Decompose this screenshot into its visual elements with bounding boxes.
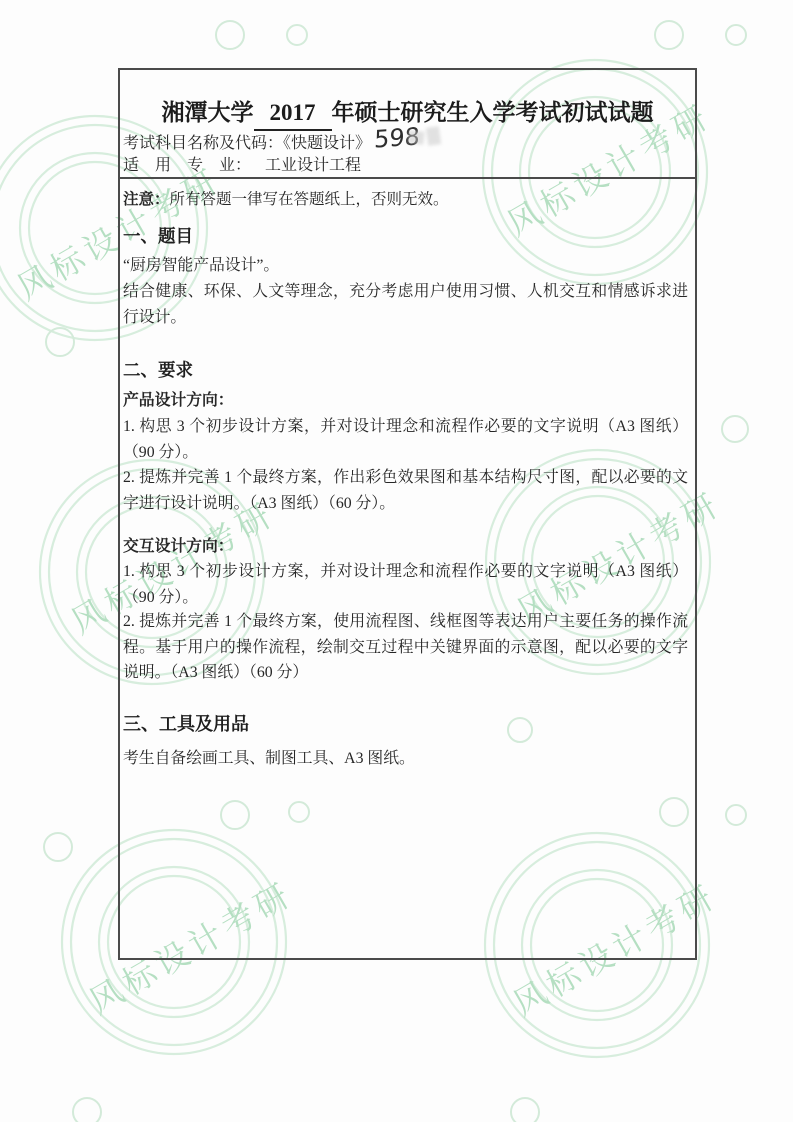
notice-text: 所有答题一律写在答题纸上，否则无效。 — [170, 191, 449, 208]
topic-description: 结合健康、环保、人文等理念，充分考虑用户使用习惯、人机交互和情感诉求进行设计。 — [123, 279, 688, 330]
product-item-2: 2. 提炼并完善 1 个最终方案，作出彩色效果图和基本结构尺寸图，配以必要的文字… — [123, 465, 688, 516]
circle-icon — [725, 804, 747, 826]
subject-label: 考试科目名称及代码： — [123, 135, 283, 152]
notice-line: 注意：所有答题一律写在答题纸上，否则无效。 — [123, 187, 688, 213]
title-suffix: 年硕士研究生入学考试初试试题 — [332, 100, 654, 125]
section-heading-requirements: 二、要求 — [123, 356, 688, 384]
exam-paper-border: 湘潭大学2017年硕士研究生入学考试初试试题 考试科目名称及代码：《快题设计》5… — [118, 68, 697, 960]
interaction-item-2: 2. 提炼并完善 1 个最终方案，使用流程图、线框图等表达用户主要任务的操作流程… — [123, 609, 688, 686]
interaction-item-1: 1. 构思 3 个初步设计方案，并对设计理念和流程作必要的文字说明（A3 图纸）… — [123, 559, 688, 610]
major-value: 工业设计工程 — [265, 157, 361, 174]
subject-name: 《快题设计》 — [283, 135, 371, 152]
circle-icon — [45, 327, 75, 357]
header-divider — [120, 177, 695, 179]
topic-quote: “厨房智能产品设计”。 — [123, 253, 688, 279]
tools-text: 考生自备绘画工具、制图工具、A3 图纸。 — [123, 746, 688, 772]
circle-icon — [721, 415, 749, 443]
title-university: 湘潭大学 — [162, 100, 254, 125]
circle-icon — [510, 1097, 540, 1122]
circle-icon — [215, 20, 245, 50]
major-label: 适 用 专 业： — [123, 157, 251, 174]
scanned-exam-page: 风标设计考研 风标设计考研 风标设计考研 — [0, 0, 793, 1122]
interaction-subheading: 交互设计方向： — [123, 534, 688, 560]
circle-icon — [72, 1097, 102, 1122]
ink-smudge — [407, 130, 424, 145]
section-heading-tools: 三、工具及用品 — [123, 710, 688, 738]
notice-label: 注意： — [123, 191, 170, 208]
circle-icon — [654, 20, 684, 50]
ink-smudge — [426, 126, 441, 146]
product-subheading: 产品设计方向： — [123, 388, 688, 414]
circle-icon — [43, 832, 73, 862]
title-year-underlined: 2017 — [254, 97, 332, 131]
circle-icon — [286, 24, 308, 46]
section-heading-topic: 一、题目 — [123, 222, 688, 250]
major-line: 适 用 专 业：工业设计工程 — [123, 153, 688, 179]
product-item-1: 1. 构思 3 个初步设计方案，并对设计理念和流程作必要的文字说明（A3 图纸）… — [123, 414, 688, 465]
circle-icon — [725, 24, 747, 46]
